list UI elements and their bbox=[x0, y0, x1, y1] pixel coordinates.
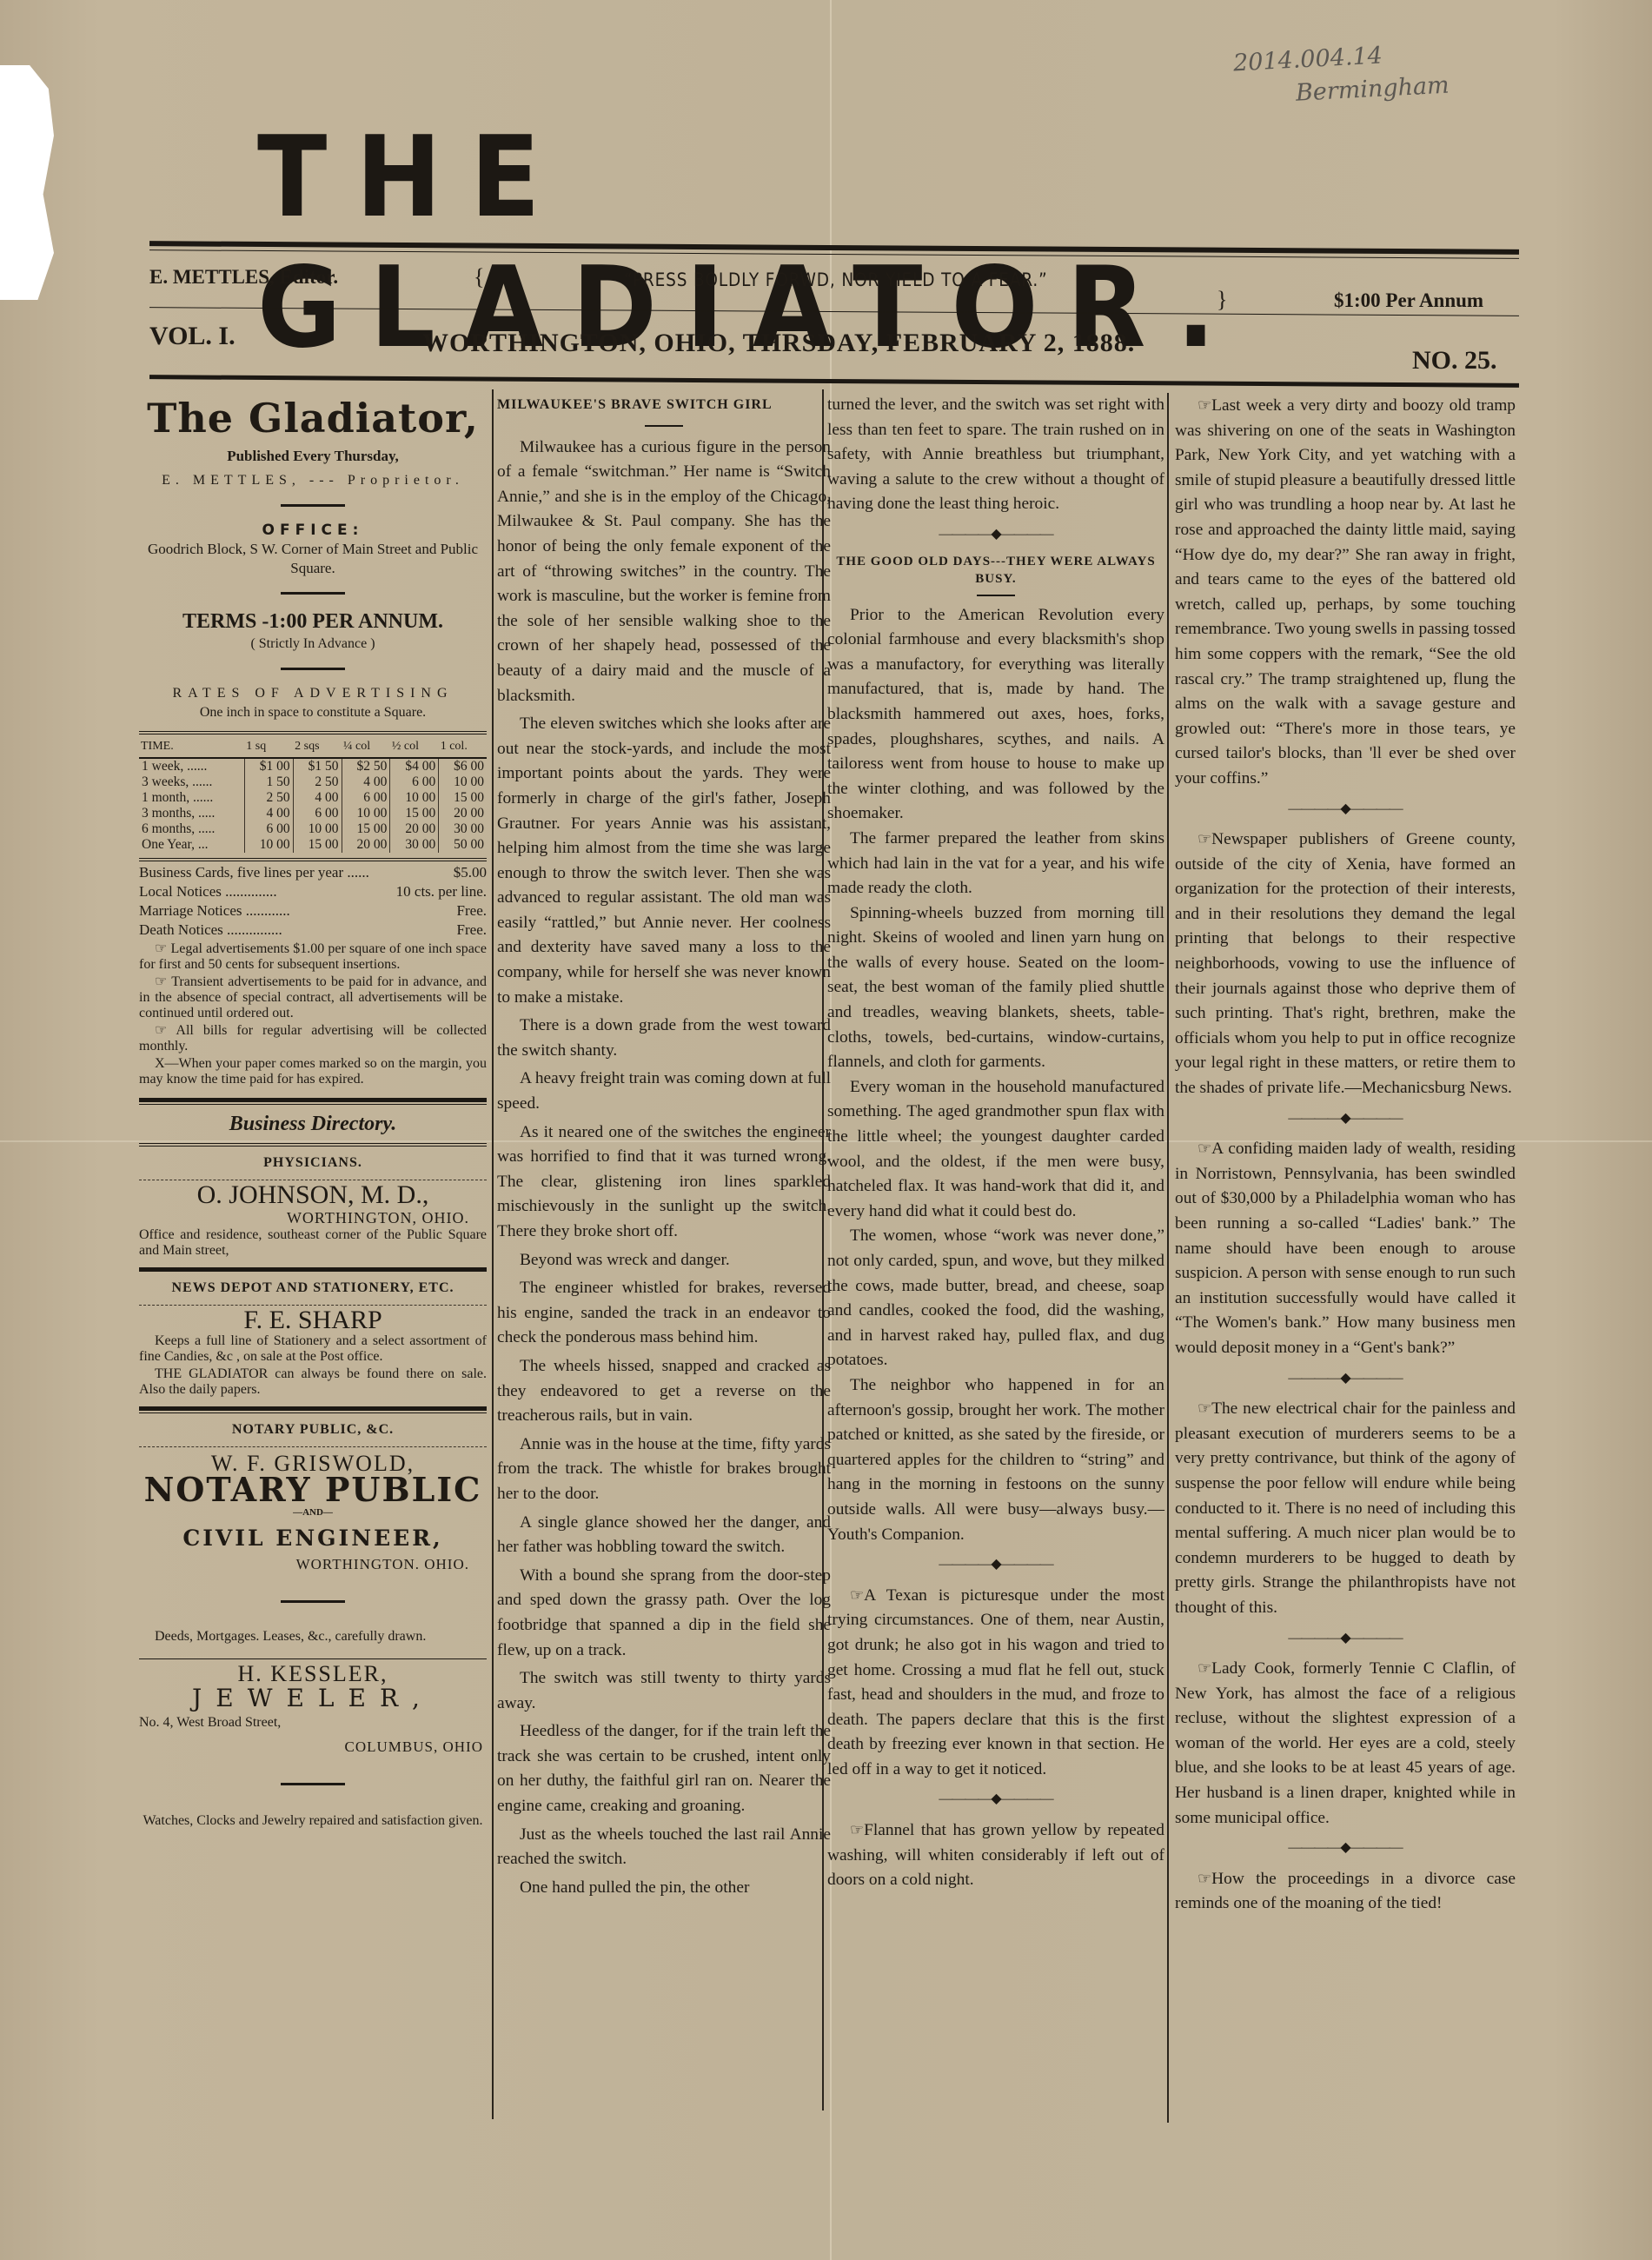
paragraph: Just as the wheels touched the last rail… bbox=[497, 1823, 831, 1872]
rates-cell: 6 00 bbox=[342, 790, 390, 806]
column-publisher-info: The Gladiator, Published Every Thursday,… bbox=[139, 393, 487, 1831]
rule bbox=[139, 1267, 487, 1272]
paragraph: The engineer whistled for brakes, revers… bbox=[497, 1276, 831, 1351]
kessler-services: Watches, Clocks and Jewelry repaired and… bbox=[139, 1811, 487, 1831]
paragraph: A heavy freight train was coming down at… bbox=[497, 1067, 831, 1116]
rates-cell: 4 00 bbox=[244, 806, 293, 821]
fee-row: Death Notices ...............Free. bbox=[139, 921, 487, 940]
johnson-city: WORTHINGTON, OHIO. bbox=[139, 1208, 487, 1227]
proprietor-line: E. METTLES, --- Proprietor. bbox=[139, 471, 487, 490]
paragraph: The switch was still twenty to thirty ya… bbox=[497, 1666, 831, 1716]
article-body: Prior to the American Revolution every c… bbox=[827, 603, 1164, 1548]
divider bbox=[977, 595, 1015, 596]
ornamental-divider: ————◆———— bbox=[1175, 1626, 1516, 1652]
rates-row: 1 month, ......2 504 006 0010 0015 00 bbox=[139, 790, 487, 806]
rates-header-cell: 1 col. bbox=[439, 736, 487, 758]
rates-subtitle: One inch in space to constitute a Square… bbox=[139, 703, 487, 722]
rates-cell: $6 00 bbox=[439, 758, 487, 774]
news-item: ☞Newspaper publishers of Greene county, … bbox=[1175, 827, 1516, 1101]
news-item-text: How the proceedings in a divorce case re… bbox=[1175, 1870, 1516, 1913]
rule bbox=[139, 1098, 487, 1102]
pointing-hand-icon: ☞ bbox=[850, 1586, 864, 1604]
rates-cell: 10 00 bbox=[342, 806, 390, 821]
pointing-hand-icon: ☞ bbox=[1198, 1399, 1211, 1417]
rates-row: 3 weeks, ......1 502 504 006 0010 00 bbox=[139, 774, 487, 790]
ornamental-divider: ————◆———— bbox=[827, 522, 1164, 548]
rates-cell: 15 00 bbox=[390, 806, 439, 821]
news-item: ☞Last week a very dirty and boozy old tr… bbox=[1175, 393, 1516, 792]
paragraph: The women, whose “work was never done,” … bbox=[827, 1224, 1164, 1373]
rule bbox=[139, 1406, 487, 1411]
rule bbox=[139, 1143, 487, 1144]
griswold-services: Deeds, Mortgages. Leases, &c., carefully… bbox=[139, 1629, 487, 1645]
paragraph: The eleven switches which she looks afte… bbox=[497, 712, 831, 1010]
rates-cell: 2 50 bbox=[293, 774, 342, 790]
kessler-city: COLUMBUS, OHIO bbox=[139, 1738, 487, 1757]
rates-cell: 1 week, ...... bbox=[139, 758, 244, 774]
notary-heading: NOTARY PUBLIC, &C. bbox=[139, 1420, 487, 1439]
rates-header-cell: 2 sqs bbox=[293, 736, 342, 758]
divider bbox=[645, 425, 683, 427]
rates-cell: 3 months, ..... bbox=[139, 806, 244, 821]
news-item: ☞How the proceedings in a divorce case r… bbox=[1175, 1866, 1516, 1917]
ornamental-divider: ————◆———— bbox=[827, 1787, 1164, 1812]
rates-cell: 15 00 bbox=[439, 790, 487, 806]
rates-cell: 6 months, ..... bbox=[139, 821, 244, 837]
subscription-price: $1:00 Per Annum bbox=[1334, 289, 1483, 312]
article-headline: MILWAUKEE'S BRAVE SWITCH GIRL bbox=[497, 393, 831, 418]
fee-row: Marriage Notices ............Free. bbox=[139, 901, 487, 921]
pointing-hand-icon: ☞ bbox=[1198, 830, 1211, 847]
paragraph: The farmer prepared the leather from ski… bbox=[827, 827, 1164, 901]
paragraph: Beyond was wreck and danger. bbox=[497, 1248, 831, 1273]
news-item: ☞The new electrical chair for the painle… bbox=[1175, 1396, 1516, 1620]
rates-row: One Year, ...10 0015 0020 0030 0050 00 bbox=[139, 837, 487, 853]
sharp-gladiator-note: THE GLADIATOR can always be found there … bbox=[139, 1366, 487, 1398]
paragraph: The neighbor who happened in for an afte… bbox=[827, 1373, 1164, 1547]
rates-row: 1 week, ......$1 00$1 50$2 50$4 00$6 00 bbox=[139, 758, 487, 774]
rates-cell: 30 00 bbox=[439, 821, 487, 837]
fee-row: Local Notices ..............10 cts. per … bbox=[139, 882, 487, 901]
paragraph: With a bound she sprang from the door-st… bbox=[497, 1564, 831, 1663]
news-depot-heading: NEWS DEPOT AND STATIONERY, ETC. bbox=[139, 1279, 487, 1298]
rates-cell: 2 50 bbox=[244, 790, 293, 806]
advertising-rates-table: TIME.1 sq2 sqs¼ col½ col1 col. 1 week, .… bbox=[139, 736, 487, 853]
advertising-note: X—When your paper comes marked so on the… bbox=[139, 1056, 487, 1087]
paragraph: Milwaukee has a curious figure in the pe… bbox=[497, 435, 831, 709]
physicians-heading: PHYSICIANS. bbox=[139, 1153, 487, 1173]
rates-cell: 6 00 bbox=[244, 821, 293, 837]
rates-cell: 4 00 bbox=[293, 790, 342, 806]
ornamental-divider: ————◆———— bbox=[1175, 1836, 1516, 1861]
rates-cell: $1 00 bbox=[244, 758, 293, 774]
civil-engineer-title: CIVIL ENGINEER, bbox=[139, 1529, 487, 1548]
texan-text: A Texan is picturesque under the most tr… bbox=[827, 1586, 1164, 1778]
fee-label: Death Notices ............... bbox=[139, 921, 282, 940]
rule bbox=[139, 731, 487, 732]
advertising-notes: ☞ Legal advertisements $1.00 per square … bbox=[139, 941, 487, 1087]
issue-number: NO. 25. bbox=[1412, 346, 1497, 376]
news-item: ☞A confiding maiden lady of wealth, resi… bbox=[1175, 1136, 1516, 1360]
rates-row: 3 months, .....4 006 0010 0015 0020 00 bbox=[139, 806, 487, 821]
paragraph: Prior to the American Revolution every c… bbox=[827, 603, 1164, 827]
paragraph: Spinning-wheels buzzed from morning till… bbox=[827, 901, 1164, 1075]
rates-cell: $4 00 bbox=[390, 758, 439, 774]
office-address: Goodrich Block, S W. Corner of Main Stre… bbox=[139, 540, 487, 578]
news-item-text: A confiding maiden lady of wealth, resid… bbox=[1175, 1140, 1516, 1357]
pointing-hand-icon: ☞ bbox=[850, 1821, 864, 1838]
divider bbox=[281, 1600, 345, 1603]
archive-note: 2014.004.14 Bermingham bbox=[1232, 37, 1450, 114]
fee-value: Free. bbox=[457, 921, 487, 940]
office-label: OFFICE: bbox=[139, 521, 487, 540]
johnson-details: Office and residence, southeast corner o… bbox=[139, 1227, 487, 1259]
jeweler-title: JEWELER, bbox=[139, 1689, 487, 1708]
dateline: WORTHINGTON, OHIO, THRSDAY, FEBRUARY 2, … bbox=[422, 329, 1135, 358]
motto: “PRESS BOLDLY FORWD, NOR YIELD TO A FEAR… bbox=[624, 269, 1048, 290]
rule bbox=[139, 1412, 487, 1413]
rates-cell: 50 00 bbox=[439, 837, 487, 853]
rates-cell: 10 00 bbox=[439, 774, 487, 790]
ornamental-divider: ————◆———— bbox=[1175, 1366, 1516, 1392]
rates-cell: $1 50 bbox=[293, 758, 342, 774]
rates-cell: 10 00 bbox=[390, 790, 439, 806]
subscription-terms: TERMS -1:00 PER ANNUM. bbox=[139, 608, 487, 635]
texan-item: ☞A Texan is picturesque under the most t… bbox=[827, 1583, 1164, 1783]
rates-header-cell: 1 sq bbox=[244, 736, 293, 758]
advertising-note: ☞ All bills for regular advertising will… bbox=[139, 1023, 487, 1054]
rates-cell: 6 00 bbox=[293, 806, 342, 821]
fee-value: Free. bbox=[457, 901, 487, 921]
article-headline: THE GOOD OLD DAYS---THEY WERE ALWAYS BUS… bbox=[827, 553, 1164, 588]
fee-value: 10 cts. per line. bbox=[396, 882, 487, 901]
ornamental-divider: ————◆———— bbox=[827, 1552, 1164, 1578]
sharp-details: Keeps a full line of Stationery and a se… bbox=[139, 1333, 487, 1365]
brace-left: { bbox=[474, 264, 484, 290]
rates-header-cell: TIME. bbox=[139, 736, 244, 758]
fee-row: Business Cards, five lines per year ....… bbox=[139, 863, 487, 882]
pointing-hand-icon: ☞ bbox=[1198, 1659, 1211, 1677]
paragraph: Every woman in the household manufacture… bbox=[827, 1075, 1164, 1225]
advertising-note: ☞ Legal advertisements $1.00 per square … bbox=[139, 941, 487, 973]
terms-note: ( Strictly In Advance ) bbox=[139, 635, 487, 654]
fee-label: Local Notices .............. bbox=[139, 882, 277, 901]
news-item-text: Last week a very dirty and boozy old tra… bbox=[1175, 396, 1516, 788]
publication-schedule: Published Every Thursday, bbox=[139, 447, 487, 466]
column-divider-1 bbox=[492, 389, 494, 2119]
business-directory-heading: Business Directory. bbox=[139, 1107, 487, 1141]
rates-cell: 15 00 bbox=[293, 837, 342, 853]
paragraph: Heedless of the danger, for if the train… bbox=[497, 1719, 831, 1818]
paragraph: One hand pulled the pin, the other bbox=[497, 1876, 831, 1901]
paragraph: A single glance showed her the danger, a… bbox=[497, 1511, 831, 1560]
rates-header-cell: ½ col bbox=[390, 736, 439, 758]
paper-name-heading: The Gladiator, bbox=[139, 393, 487, 443]
divider bbox=[281, 592, 345, 595]
pointing-hand-icon: ☞ bbox=[1198, 396, 1211, 414]
news-items: ☞Last week a very dirty and boozy old tr… bbox=[1175, 393, 1516, 1917]
rates-title: RATES OF ADVERTISING bbox=[139, 684, 487, 703]
news-item-text: Lady Cook, formerly Tennie C Claflin, of… bbox=[1175, 1659, 1516, 1827]
ornamental-divider: ————◆———— bbox=[1175, 797, 1516, 822]
pointing-hand-icon: ☞ bbox=[1198, 1140, 1211, 1157]
rates-cell: 20 00 bbox=[342, 837, 390, 853]
paragraph: There is a down grade from the west towa… bbox=[497, 1014, 831, 1063]
johnson-name: O. JOHNSON, M. D., bbox=[139, 1186, 487, 1205]
rates-cell: 10 00 bbox=[244, 837, 293, 853]
divider bbox=[281, 668, 345, 670]
rates-cell: $2 50 bbox=[342, 758, 390, 774]
fee-list: Business Cards, five lines per year ....… bbox=[139, 863, 487, 940]
brace-right: } bbox=[1217, 287, 1227, 313]
kessler-address: No. 4, West Broad Street, bbox=[139, 1713, 487, 1732]
divider bbox=[281, 504, 345, 507]
fee-label: Marriage Notices ............ bbox=[139, 901, 290, 921]
fee-label: Business Cards, five lines per year ....… bbox=[139, 863, 369, 882]
rule bbox=[139, 1104, 487, 1105]
news-item: ☞Lady Cook, formerly Tennie C Claflin, o… bbox=[1175, 1656, 1516, 1831]
rates-header-row: TIME.1 sq2 sqs¼ col½ col1 col. bbox=[139, 736, 487, 758]
flannel-item: ☞Flannel that has grown yellow by repeat… bbox=[827, 1818, 1164, 1893]
volume-number: VOL. I. bbox=[149, 322, 236, 351]
rates-cell: 4 00 bbox=[342, 774, 390, 790]
fee-value: $5.00 bbox=[454, 863, 487, 882]
rates-cell: 15 00 bbox=[342, 821, 390, 837]
news-item-text: Newspaper publishers of Greene county, o… bbox=[1175, 830, 1516, 1097]
ornamental-divider: ————◆———— bbox=[1175, 1107, 1516, 1132]
rates-cell: 3 weeks, ...... bbox=[139, 774, 244, 790]
article-body: Milwaukee has a curious figure in the pe… bbox=[497, 435, 831, 1901]
column-switch-girl-story: MILWAUKEE'S BRAVE SWITCH GIRL Milwaukee … bbox=[497, 393, 831, 1904]
rates-cell: 1 month, ...... bbox=[139, 790, 244, 806]
kessler-name: H. KESSLER, bbox=[139, 1665, 487, 1684]
story-continuation: turned the lever, and the switch was set… bbox=[827, 393, 1164, 517]
editor-credit: E. METTLES, Editor. bbox=[149, 266, 338, 289]
rule bbox=[139, 1658, 487, 1659]
rates-cell: 6 00 bbox=[390, 774, 439, 790]
griswold-city: WORTHINGTON. OHIO. bbox=[139, 1555, 487, 1574]
paragraph: As it neared one of the switches the eng… bbox=[497, 1120, 831, 1245]
rates-header-cell: ¼ col bbox=[342, 736, 390, 758]
rates-cell: 1 50 bbox=[244, 774, 293, 790]
rule bbox=[139, 861, 487, 861]
advertising-note: ☞ Transient advertisements to be paid fo… bbox=[139, 974, 487, 1021]
pointing-hand-icon: ☞ bbox=[1198, 1870, 1211, 1887]
paragraph: The wheels hissed, snapped and cracked a… bbox=[497, 1354, 831, 1429]
rates-body: 1 week, ......$1 00$1 50$2 50$4 00$6 003… bbox=[139, 758, 487, 853]
column-divider-3 bbox=[1167, 393, 1169, 2123]
rates-cell: 20 00 bbox=[439, 806, 487, 821]
notary-public-title: NOTARY PUBLIC bbox=[139, 1480, 487, 1499]
sharp-name: F. E. SHARP bbox=[139, 1311, 487, 1330]
rates-cell: 20 00 bbox=[390, 821, 439, 837]
rates-cell: 30 00 bbox=[390, 837, 439, 853]
column-good-old-days: turned the lever, and the switch was set… bbox=[827, 393, 1164, 1893]
flannel-text: Flannel that has grown yellow by repeate… bbox=[827, 1821, 1164, 1889]
rule bbox=[139, 1146, 487, 1147]
rates-row: 6 months, .....6 0010 0015 0020 0030 00 bbox=[139, 821, 487, 837]
column-news-items: ☞Last week a very dirty and boozy old tr… bbox=[1175, 393, 1516, 1917]
rule bbox=[139, 858, 487, 859]
rates-cell: One Year, ... bbox=[139, 837, 244, 853]
divider bbox=[281, 1783, 345, 1785]
wavy-rule bbox=[139, 1446, 487, 1447]
rates-cell: 10 00 bbox=[293, 821, 342, 837]
rule bbox=[139, 734, 487, 734]
news-item-text: The new electrical chair for the painles… bbox=[1175, 1399, 1516, 1617]
paragraph: Annie was in the house at the time, fift… bbox=[497, 1432, 831, 1507]
